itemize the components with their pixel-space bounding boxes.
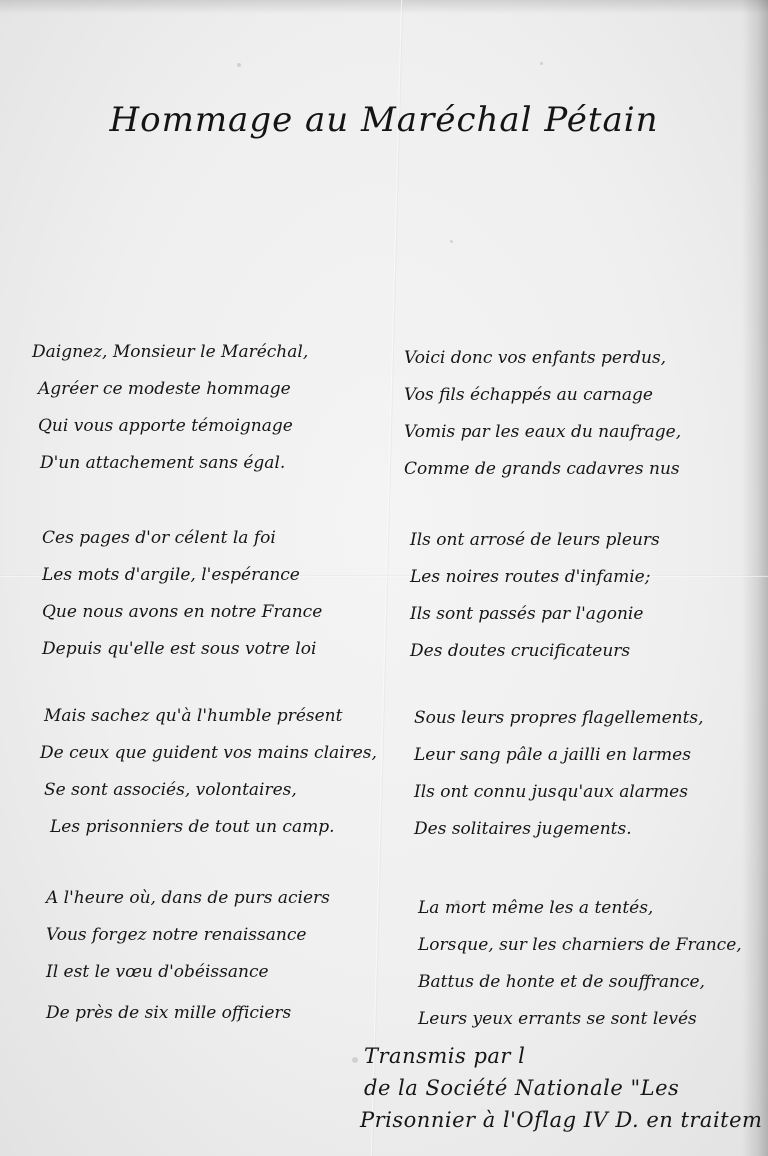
- verse-line: Daignez, Monsieur le Maréchal,: [32, 334, 308, 371]
- poem-title: Hommage au Maréchal Pétain: [0, 100, 768, 140]
- verse-line: De ceux que guident vos mains claires,: [40, 735, 377, 772]
- paper-speck: [352, 1057, 358, 1063]
- verse-line: Sous leurs propres flagellements,: [414, 700, 704, 737]
- verse-line: Que nous avons en notre France: [42, 594, 322, 631]
- verse-line: Les prisonniers de tout un camp.: [44, 809, 377, 846]
- verse-line: Leurs yeux errants se sont levés: [418, 1001, 742, 1038]
- verse-line: A l'heure où, dans de purs aciers: [46, 880, 330, 917]
- left-stanza-4: A l'heure où, dans de purs aciers Vous f…: [46, 880, 330, 1032]
- paper-speck: [450, 240, 453, 243]
- verse-line: Il est le vœu d'obéissance: [46, 954, 330, 991]
- verse-line: Vous forgez notre renaissance: [46, 917, 330, 954]
- verse-line: Se sont associés, volontaires,: [44, 772, 377, 809]
- verse-line: Agréer ce modeste hommage: [32, 371, 308, 408]
- verse-line: La mort même les a tentés,: [418, 890, 742, 927]
- verse-line: Ils ont arrosé de leurs pleurs: [410, 522, 660, 559]
- verse-line: Des solitaires jugements.: [414, 811, 704, 848]
- footer-line: Transmis par l: [360, 1040, 762, 1072]
- document-page: Hommage au Maréchal Pétain Daignez, Mons…: [0, 0, 768, 1156]
- verse-line: Ces pages d'or célent la foi: [42, 520, 322, 557]
- right-stanza-2: Ils ont arrosé de leurs pleurs Les noire…: [410, 522, 660, 670]
- left-stanza-2: Ces pages d'or célent la foi Les mots d'…: [42, 520, 322, 668]
- verse-line: Ils sont passés par l'agonie: [410, 596, 660, 633]
- left-stanza-1: Daignez, Monsieur le Maréchal, Agréer ce…: [32, 334, 308, 482]
- verse-line: Les mots d'argile, l'espérance: [42, 557, 322, 594]
- transmission-note: Transmis par l de la Société Nationale "…: [360, 1040, 762, 1136]
- verse-line: Vos fils échappés au carnage: [404, 377, 681, 414]
- verse-line: Ils ont connu jusqu'aux alarmes: [414, 774, 704, 811]
- verse-line: Vomis par les eaux du naufrage,: [404, 414, 681, 451]
- paper-speck: [540, 62, 543, 65]
- verse-line: Comme de grands cadavres nus: [404, 451, 681, 488]
- verse-line: Lorsque, sur les charniers de France,: [418, 927, 742, 964]
- verse-line: Leur sang pâle a jailli en larmes: [414, 737, 704, 774]
- verse-line: Depuis qu'elle est sous votre loi: [42, 631, 322, 668]
- right-stanza-1: Voici donc vos enfants perdus, Vos fils …: [404, 340, 681, 488]
- verse-line: Mais sachez qu'à l'humble présent: [44, 698, 377, 735]
- verse-line: D'un attachement sans égal.: [32, 445, 308, 482]
- verse-line: Des doutes crucificateurs: [410, 633, 660, 670]
- verse-line: Voici donc vos enfants perdus,: [404, 340, 681, 377]
- paper-edge-right: [742, 0, 768, 1156]
- paper-speck: [237, 63, 241, 67]
- verse-line: Qui vous apporte témoignage: [32, 408, 308, 445]
- right-stanza-4: La mort même les a tentés, Lorsque, sur …: [418, 890, 742, 1038]
- verse-line: Les noires routes d'infamie;: [410, 559, 660, 596]
- footer-line: Prisonnier à l'Oflag IV D. en traitem: [360, 1104, 762, 1136]
- verse-line: De près de six mille officiers: [46, 995, 330, 1032]
- verse-line: Battus de honte et de souffrance,: [418, 964, 742, 1001]
- right-stanza-3: Sous leurs propres flagellements, Leur s…: [414, 700, 704, 848]
- left-stanza-3: Mais sachez qu'à l'humble présent De ceu…: [44, 698, 377, 846]
- vertical-fold-crease: [371, 0, 403, 1156]
- paper-edge-top: [0, 0, 768, 14]
- footer-line: de la Société Nationale "Les: [360, 1072, 762, 1104]
